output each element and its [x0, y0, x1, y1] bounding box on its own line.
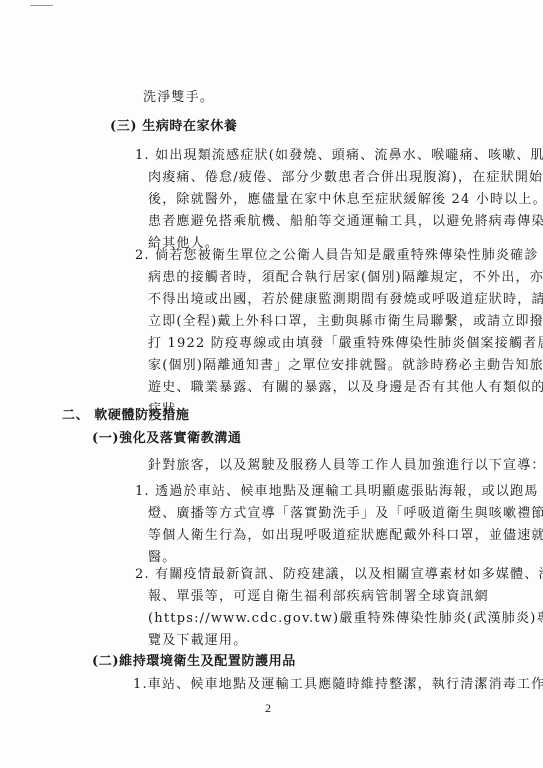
list-item-line: 報、單張等，可逕自衛生福利部疾病管制署全球資訊網 [148, 589, 489, 605]
list-item-line: 不得出境或出國，若於健康監測期間有發燒或呼吸道症狀時，請 [148, 292, 543, 308]
document-page: 洗淨雙手。 (三) 生病時在家休養 1. 如出現類流感症狀(如發燒、頭痛、流鼻水… [0, 0, 543, 768]
scan-artifact [30, 5, 53, 6]
list-item-line: 遊史、職業暴露、有關的暴露，以及身邊是否有其他人有類似的 [148, 380, 543, 396]
page-number: 2 [265, 701, 271, 716]
section-heading: (三) 生病時在家休養 [110, 119, 237, 135]
paragraph-tail: 洗淨雙手。 [143, 90, 214, 106]
section-heading: (二)維持環境衛生及配置防護用品 [92, 654, 296, 670]
list-item-line: 肉痠痛、倦怠/疲倦、部分少數患者合併出現腹瀉)，在症狀開始 [148, 170, 543, 186]
list-item-line: 患者應避免搭乘航機、船舶等交通運輸工具，以避免將病毒傳染 [148, 214, 543, 230]
list-item-line: 打 1922 防疫專線或由填發「嚴重特殊傳染性肺炎個案接觸者居 [148, 336, 543, 352]
list-item-line: 等個人衛生行為，如出現呼吸道症狀應配戴外科口罩，並儘速就 [148, 528, 543, 544]
list-item-line: 1.車站、候車地點及運輸工具應隨時維持整潔，執行清潔消毒工作 [133, 677, 543, 693]
section-heading: (一)強化及落實衛教溝通 [92, 431, 242, 447]
list-item-line: 1. 透過於車站、候車地點及運輸工具明顯處張貼海報，或以跑馬 [135, 484, 539, 500]
list-item-line: 醫。 [148, 550, 176, 566]
list-item-line: 立即(全程)戴上外科口罩，主動與縣市衛生局聯繫，或請立即撥 [148, 314, 543, 330]
list-item-line: 病患的接觸者時，須配合執行居家(個別)隔離規定，不外出，亦 [148, 270, 543, 286]
list-item-line: 2. 有關疫情最新資訊、防疫建議，以及相關宣導素材如多媒體、海 [135, 567, 543, 583]
part-heading: 二、 軟硬體防疫措施 [62, 408, 190, 424]
list-item-line: 覽及下載運用。 [148, 633, 247, 649]
intro-paragraph: 針對旅客，以及駕駛及服務人員等工作人員加強進行以下宣導： [148, 458, 543, 474]
list-item-line: (https://www.cdc.gov.tw)嚴重特殊傳染性肺炎(武漢肺炎)專… [148, 611, 543, 627]
list-item-line: 後，除就醫外，應儘量在家中休息至症狀緩解後 24 小時以上。 [148, 192, 543, 208]
list-item-line: 燈、廣播等方式宣導「落實勤洗手」及「呼吸道衛生與咳嗽禮節」 [148, 506, 543, 522]
list-item-line: 2. 倘若您被衛生單位之公衛人員告知是嚴重特殊傳染性肺炎確診 [135, 248, 539, 264]
list-item-line: 1. 如出現類流感症狀(如發燒、頭痛、流鼻水、喉嚨痛、咳嗽、肌 [135, 148, 543, 164]
list-item-line: 家(個別)隔離通知書」之單位安排就醫。就診時務必主動告知旅 [148, 358, 543, 374]
